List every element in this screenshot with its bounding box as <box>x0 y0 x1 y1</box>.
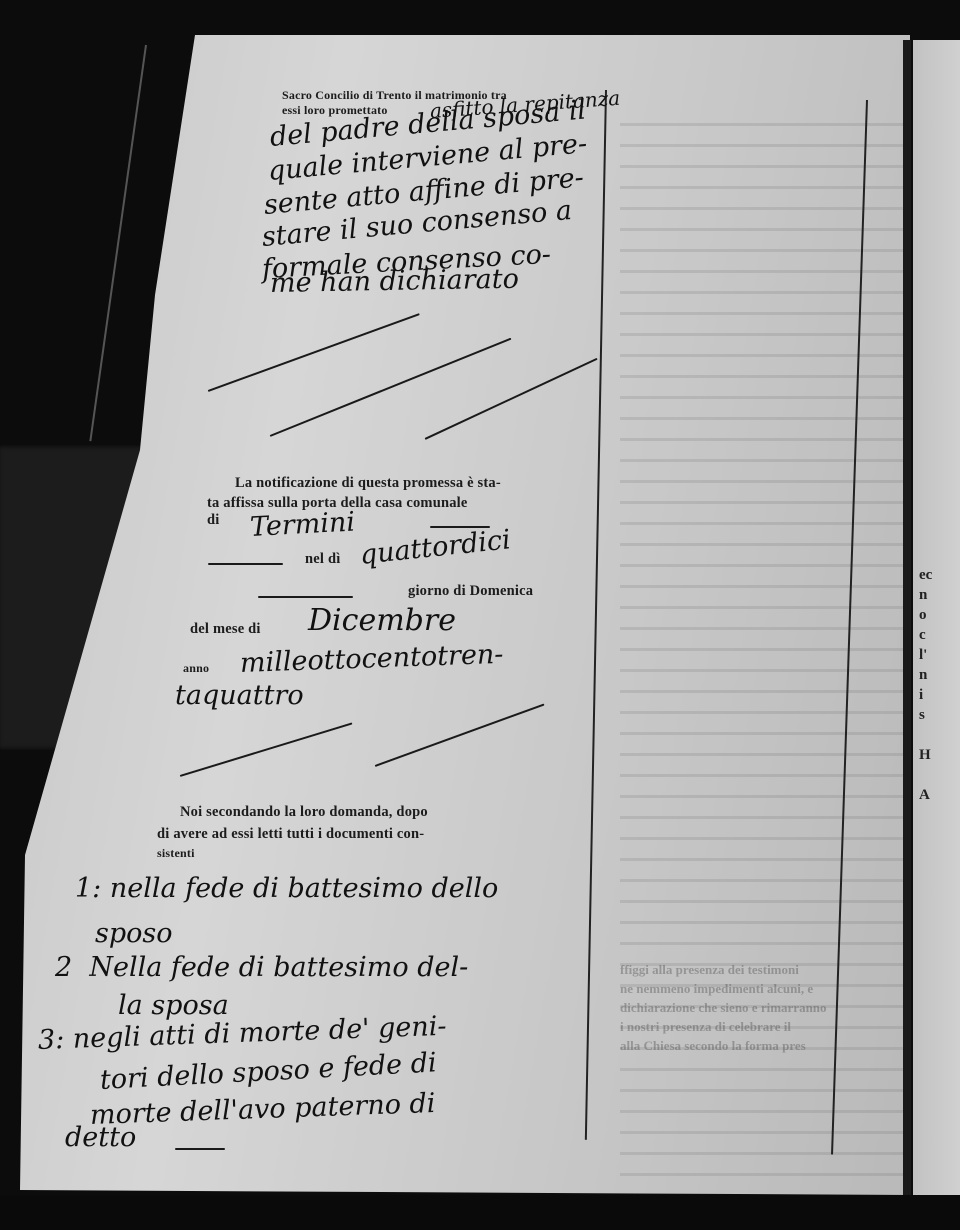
printed-notice-di: di <box>207 512 220 529</box>
book-gutter <box>903 40 911 1195</box>
handwritten-month: Dicembre <box>308 605 456 636</box>
filler-stroke <box>175 1148 225 1150</box>
adjacent-page: ec n o c l' n i s H A <box>913 40 960 1195</box>
handwritten-doc-3d: detto <box>65 1122 136 1153</box>
scan-scene: ec n o c l' n i s H A Sacro Concilio di … <box>0 0 960 1230</box>
handwritten-line-7: me han dichiarato <box>270 264 519 299</box>
handwritten-place: Termini <box>249 507 356 543</box>
printed-notice-line1: La notificazione di questa promessa è st… <box>235 475 501 492</box>
handwritten-year-line2: taquattro <box>175 680 304 711</box>
handwritten-doc-2b: la sposa <box>118 990 229 1021</box>
printed-anno: anno <box>183 660 209 677</box>
bleed-through-lines: ffiggi alla presenza dei testimoni ne ne… <box>620 960 827 1055</box>
handwritten-doc-1: 1: nella fede di battesimo dello <box>75 873 498 904</box>
printed-giorno: giorno di Domenica <box>408 583 533 600</box>
printed-nel-di: nel dì <box>305 551 340 568</box>
printed-noi-line3: sistenti <box>157 845 195 862</box>
handwritten-doc-1b: sposo <box>95 918 173 949</box>
page-edge <box>89 45 147 441</box>
printed-noi-line1: Noi secondando la loro domanda, dopo <box>180 804 428 821</box>
filler-stroke <box>258 596 353 598</box>
adjacent-page-fragments: ec n o c l' n i s H A <box>919 565 959 805</box>
handwritten-doc-2: 2 Nella fede di battesimo del- <box>55 952 468 983</box>
printed-mese: del mese di <box>190 621 261 638</box>
printed-noi-line2: di avere ad essi letti tutti i documenti… <box>157 826 424 843</box>
filler-stroke <box>208 563 283 565</box>
scan-border-bottom <box>0 1195 960 1230</box>
